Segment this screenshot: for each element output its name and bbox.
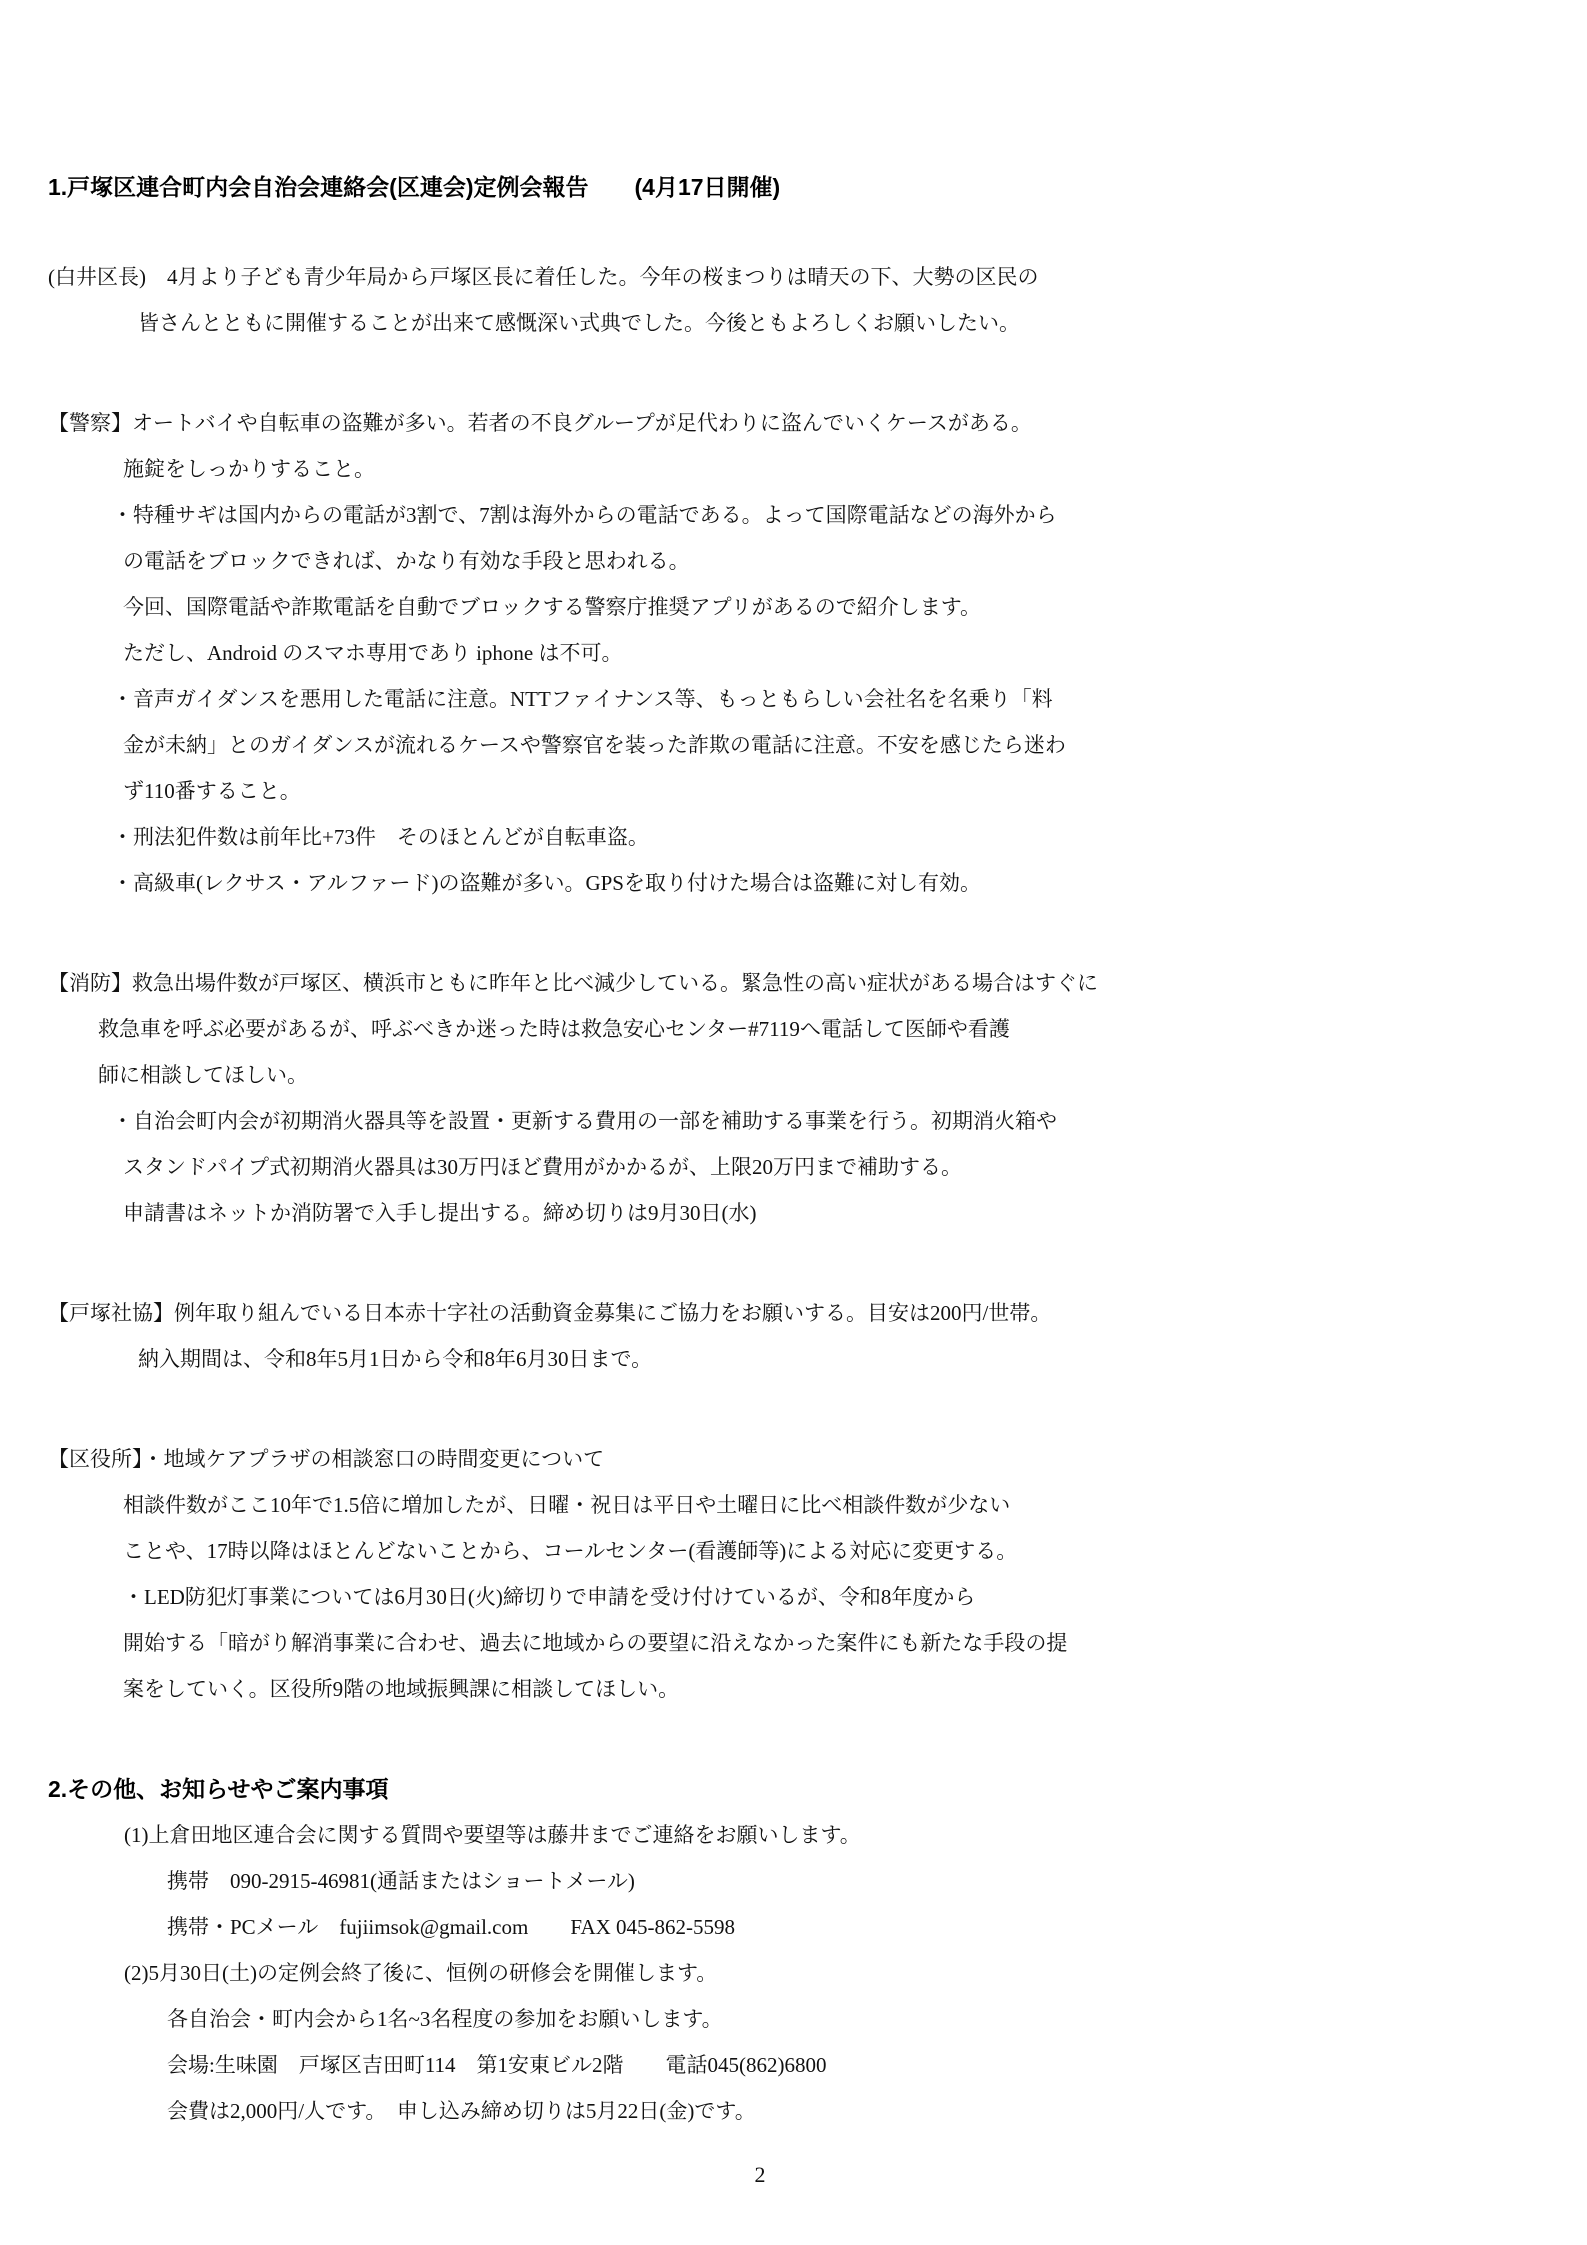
notices-section: 2.その他、お知らせやご案内事項(1)上倉田地区連合会に関する質問や要望等は藤井… xyxy=(48,1766,1527,2134)
text-line: ・高級車(レクサス・アルファード)の盗難が多い。GPSを取り付けた場合は盗難に対… xyxy=(48,860,1527,906)
text-line: 携帯・PCメール fujiimsok@gmail.com FAX 045-862… xyxy=(48,1904,1527,1950)
text-line: スタンドパイプ式初期消火器具は30万円ほど費用がかかるが、上限20万円まで補助す… xyxy=(48,1144,1527,1190)
text-line: ・刑法犯件数は前年比+73件 そのほとんどが自転車盗。 xyxy=(48,814,1527,860)
text-line: 【戸塚社協】例年取り組んでいる日本赤十字社の活動資金募集にご協力をお願いする。目… xyxy=(48,1290,1527,1336)
text-line: ・LED防犯灯事業については6月30日(火)締切りで申請を受け付けているが、令和… xyxy=(48,1574,1527,1620)
text-line: (1)上倉田地区連合会に関する質問や要望等は藤井までご連絡をお願いします。 xyxy=(48,1812,1527,1858)
text-line: 皆さんとともに開催することが出来て感慨深い式典でした。今後ともよろしくお願いした… xyxy=(48,300,1527,346)
text-line: ことや、17時以降はほとんどないことから、コールセンター(看護師等)による対応に… xyxy=(48,1528,1527,1574)
text-line: (2)5月30日(土)の定例会終了後に、恒例の研修会を開催します。 xyxy=(48,1950,1527,1996)
ward-mayor-paragraph: (白井区長) 4月より子ども青少年局から戸塚区長に着任した。今年の桜まつりは晴天… xyxy=(48,254,1527,346)
text-line: 申請書はネットか消防署で入手し提出する。締め切りは9月30日(水) xyxy=(48,1190,1527,1236)
text-line: 納入期間は、令和8年5月1日から令和8年6月30日まで。 xyxy=(48,1336,1527,1382)
section-heading: 1.戸塚区連合町内会自治会連絡会(区連会)定例会報告 (4月17日開催) xyxy=(48,164,1527,210)
text-line: (白井区長) 4月より子ども青少年局から戸塚区長に着任した。今年の桜まつりは晴天… xyxy=(48,254,1527,300)
text-line: の電話をブロックできれば、かなり有効な手段と思われる。 xyxy=(48,538,1527,584)
welfare-section: 【戸塚社協】例年取り組んでいる日本赤十字社の活動資金募集にご協力をお願いする。目… xyxy=(48,1290,1527,1382)
text-line: 施錠をしっかりすること。 xyxy=(48,446,1527,492)
text-line: 【警察】オートバイや自転車の盗難が多い。若者の不良グループが足代わりに盗んでいく… xyxy=(48,400,1527,446)
text-line: ・特種サギは国内からの電話が3割で、7割は海外からの電話である。よって国際電話な… xyxy=(48,492,1527,538)
text-line: 各自治会・町内会から1名~3名程度の参加をお願いします。 xyxy=(48,1996,1527,2042)
document-page: 1.戸塚区連合町内会自治会連絡会(区連会)定例会報告 (4月17日開催)(白井区… xyxy=(0,0,1587,2245)
text-line: 今回、国際電話や詐欺電話を自動でブロックする警察庁推奨アプリがあるので紹介します… xyxy=(48,584,1527,630)
text-line: 金が未納」とのガイダンスが流れるケースや警察官を装った詐欺の電話に注意。不安を感… xyxy=(48,722,1527,768)
ward-office-section: 【区役所】・地域ケアプラザの相談窓口の時間変更について相談件数がここ10年で1.… xyxy=(48,1436,1527,1712)
text-line: 師に相談してほしい。 xyxy=(48,1052,1527,1098)
text-line: 携帯 090-2915-46981(通話またはショートメール) xyxy=(48,1858,1527,1904)
text-line: 救急車を呼ぶ必要があるが、呼ぶべきか迷った時は救急安心センター#7119へ電話し… xyxy=(48,1006,1527,1052)
text-line: ・音声ガイダンスを悪用した電話に注意。NTTファイナンス等、もっともらしい会社名… xyxy=(48,676,1527,722)
text-line: ただし、Android のスマホ専用であり iphone は不可。 xyxy=(48,630,1527,676)
text-line: 【消防】救急出場件数が戸塚区、横浜市ともに昨年と比べ減少している。緊急性の高い症… xyxy=(48,960,1527,1006)
fire-section: 【消防】救急出場件数が戸塚区、横浜市ともに昨年と比べ減少している。緊急性の高い症… xyxy=(48,960,1527,1236)
section-heading: 2.その他、お知らせやご案内事項 xyxy=(48,1766,1527,1812)
police-section: 【警察】オートバイや自転車の盗難が多い。若者の不良グループが足代わりに盗んでいく… xyxy=(48,400,1527,906)
text-line: 会費は2,000円/人です。 申し込み締め切りは5月22日(金)です。 xyxy=(48,2088,1527,2134)
document-body: 1.戸塚区連合町内会自治会連絡会(区連会)定例会報告 (4月17日開催)(白井区… xyxy=(48,164,1527,2134)
report-heading: 1.戸塚区連合町内会自治会連絡会(区連会)定例会報告 (4月17日開催) xyxy=(48,164,1527,210)
text-line: 【区役所】・地域ケアプラザの相談窓口の時間変更について xyxy=(48,1436,1527,1482)
page-number: 2 xyxy=(0,2162,1520,2188)
text-line: ・自治会町内会が初期消火器具等を設置・更新する費用の一部を補助する事業を行う。初… xyxy=(48,1098,1527,1144)
text-line: 案をしていく。区役所9階の地域振興課に相談してほしい。 xyxy=(48,1666,1527,1712)
text-line: 会場:生味園 戸塚区吉田町114 第1安東ビル2階 電話045(862)6800 xyxy=(48,2042,1527,2088)
text-line: 開始する「暗がり解消事業に合わせ、過去に地域からの要望に沿えなかった案件にも新た… xyxy=(48,1620,1527,1666)
text-line: ず110番すること。 xyxy=(48,768,1527,814)
text-line: 相談件数がここ10年で1.5倍に増加したが、日曜・祝日は平日や土曜日に比べ相談件… xyxy=(48,1482,1527,1528)
